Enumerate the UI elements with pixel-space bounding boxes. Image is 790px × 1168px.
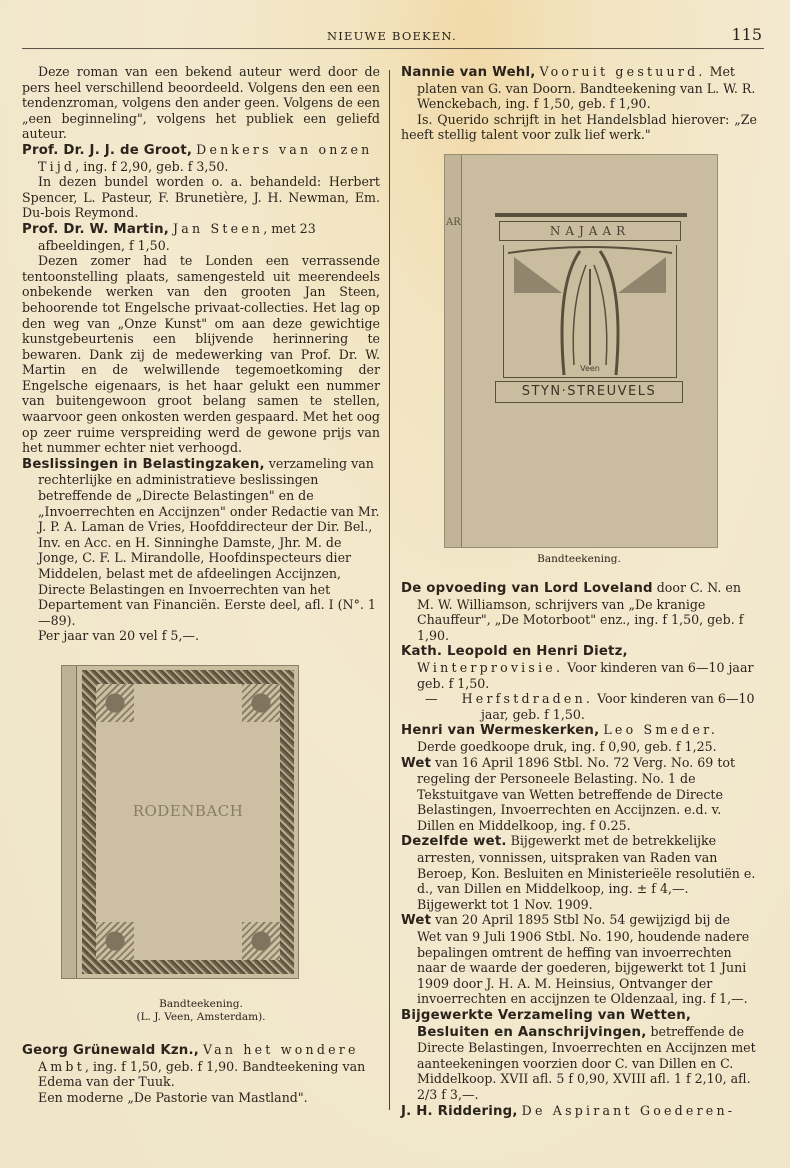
book-entry: Bijgewerkte Verzameling van Wetten, Besl…: [401, 1007, 757, 1103]
book-entry: Beslissingen in Belastingzaken, verzamel…: [22, 456, 380, 629]
book-entry: De opvoeding van Lord Loveland door C. N…: [401, 580, 757, 643]
ditto-dash: —: [425, 691, 438, 706]
rodenbach-cover-illustration: RODENBACH: [62, 666, 298, 978]
entry-author: Henri van Wermeskerken,: [401, 723, 599, 738]
book-entry: Dezelfde wet. Bijgewerkt met de betrekke…: [401, 833, 757, 912]
book-spine: [62, 666, 77, 978]
column-divider: [389, 70, 390, 1110]
caption-line: Bandteekening.: [22, 998, 380, 1011]
entry-author: J. H. Riddering,: [401, 1104, 518, 1119]
cover-topbar: [495, 213, 687, 217]
entry-author: Beslissingen in Belastingzaken,: [22, 457, 265, 472]
entry-note: Dezen zomer had te Londen een verrassend…: [22, 253, 380, 456]
cover-author-label: STYN·STREUVELS: [495, 381, 683, 403]
book-entry: Prof. Dr. W. Martin, Jan Steen, met 23 a…: [22, 221, 380, 253]
entry-title: Leo Smeder.: [603, 722, 718, 737]
ornament-corner: [242, 684, 280, 722]
running-title: NIEUWE BOEKEN.: [327, 29, 457, 43]
right-column: Nannie van Wehl, Vooruit gestuurd. Met p…: [401, 64, 757, 1119]
svg-text:Veen: Veen: [580, 364, 600, 373]
book-entry: Wet van 16 April 1896 Stbl. No. 72 Verg.…: [401, 755, 757, 834]
ornament-corner: [96, 684, 134, 722]
entry-author: Kath. Leopold en Henri Dietz,: [401, 644, 628, 659]
entry-author: Wet: [401, 756, 431, 771]
entry-title: Vooruit gestuurd.: [539, 64, 705, 79]
left-column: Deze roman van een bekend auteur werd do…: [22, 64, 380, 1105]
entry-details: van 16 April 1896 Stbl. No. 72 Verg. No.…: [417, 755, 735, 833]
art-nouveau-frame: Veen: [503, 245, 677, 378]
entry-author: De opvoeding van Lord Loveland: [401, 581, 653, 596]
cover-title: RODENBACH: [82, 804, 294, 820]
book-entry: Prof. Dr. J. J. de Groot, Denkers van on…: [22, 142, 380, 174]
ornament-corner: [242, 922, 280, 960]
art-nouveau-ornament-icon: Veen: [504, 245, 676, 377]
entry-details: Derde goedkoope druk, ing. f 0,90, geb. …: [417, 739, 717, 754]
book-entry: Henri van Wermeskerken, Leo Smeder. Derd…: [401, 722, 757, 754]
ornament-corner: [96, 922, 134, 960]
entry-note: In dezen bundel worden o. a. behandeld: …: [22, 174, 380, 221]
book-entry: Wet van 20 April 1895 Stbl No. 54 gewijz…: [401, 912, 757, 1007]
entry-note: Per jaar van 20 vel f 5,—.: [22, 628, 380, 644]
book-entry: — Herfstdraden. Voor kinderen van 6—10 j…: [401, 691, 757, 722]
figure-caption: Bandteekening.: [401, 553, 757, 566]
entry-author: Prof. Dr. W. Martin,: [22, 222, 169, 237]
najaar-cover-illustration: AR NAJAAR Veen STYN·STREUVELS: [445, 155, 717, 547]
page-number: 115: [731, 25, 762, 44]
entry-details: verzameling van rechterlijke en administ…: [38, 456, 379, 628]
entry-author: Prof. Dr. J. J. de Groot,: [22, 143, 192, 158]
entry-author: Wet: [401, 913, 431, 928]
cover-top-label: NAJAAR: [499, 221, 681, 241]
caption-line: (L. J. Veen, Amsterdam).: [22, 1011, 380, 1024]
entry-title: Winterprovisie.: [417, 660, 563, 675]
entry-details: van 20 April 1895 Stbl No. 54 gewijzigd …: [417, 912, 749, 1006]
book-entry: Kath. Leopold en Henri Dietz, Winterprov…: [401, 643, 757, 691]
intro-paragraph: Deze roman van een bekend auteur werd do…: [22, 64, 380, 142]
entry-details: , ing. f 2,90, geb. f 3,50.: [75, 159, 228, 174]
entry-title: De Aspirant Goederen-: [522, 1103, 736, 1118]
entry-note: Een moderne „De Pastorie van Mastland".: [22, 1090, 380, 1106]
book-entry: Nannie van Wehl, Vooruit gestuurd. Met p…: [401, 64, 757, 112]
entry-author: Nannie van Wehl,: [401, 65, 535, 80]
spine-text: AR: [446, 215, 461, 231]
book-entry: Georg Grünewald Kzn., Van het wondere Am…: [22, 1042, 380, 1090]
entry-title: Herfstdraden.: [462, 691, 593, 706]
entry-note: Is. Querido schrijft in het Handelsblad …: [401, 112, 757, 143]
cover-design: NAJAAR Veen STYN·STREUVELS: [495, 213, 687, 413]
entry-author: Georg Grünewald Kzn.,: [22, 1043, 199, 1058]
book-spine: AR: [445, 155, 462, 547]
entry-details: , ing. f 1,50, geb. f 1,90. Bandteekenin…: [38, 1059, 365, 1090]
figure-caption: Bandteekening. (L. J. Veen, Amsterdam).: [22, 998, 380, 1024]
running-header: NIEUWE BOEKEN. 115: [22, 26, 764, 49]
book-entry: J. H. Riddering, De Aspirant Goederen-: [401, 1103, 757, 1120]
entries-list: De opvoeding van Lord Loveland door C. N…: [401, 580, 757, 1119]
entry-title: Jan Steen: [173, 221, 263, 236]
entry-author: Dezelfde wet.: [401, 834, 507, 849]
